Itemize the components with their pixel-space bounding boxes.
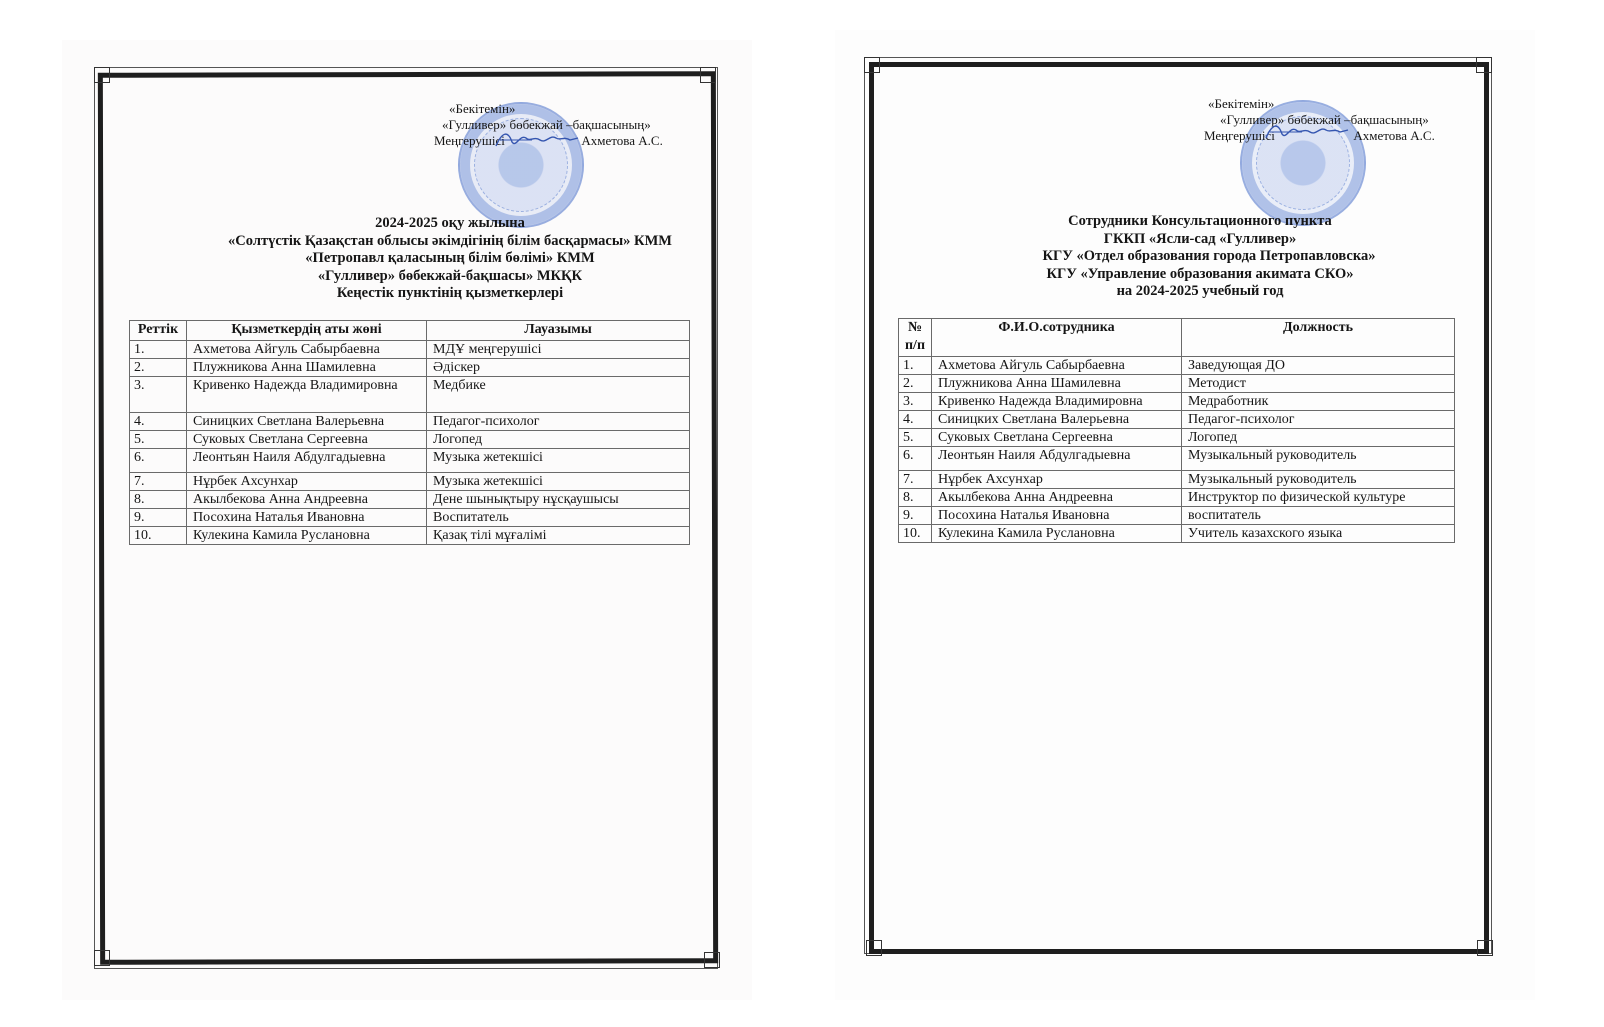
row-number: 6. (130, 449, 187, 473)
employee-position: МДҰ меңгерушісі (427, 341, 690, 359)
approval-line-1: «Бекітемін» (1208, 96, 1439, 112)
staff-table-kazakh: Реттік Қызметкердің аты жөні Лауазымы 1.… (129, 320, 690, 545)
row-number: 7. (899, 471, 932, 489)
employee-position: Медбике (427, 377, 690, 413)
table-row: 2.Плужникова Анна ШамилевнаМетодист (899, 375, 1455, 393)
employee-position: Музыкальный руководитель (1182, 471, 1455, 489)
employee-position: Инструктор по физической культуре (1182, 489, 1455, 507)
approval-line-1: «Бекітемін» (449, 101, 678, 117)
employee-position: Методист (1182, 375, 1455, 393)
frame-corner-ornament (94, 67, 110, 83)
row-number: 10. (899, 525, 932, 543)
employee-position: Педагог-психолог (1182, 411, 1455, 429)
row-number: 9. (899, 507, 932, 525)
table-row: 4.Синицких Светлана ВалерьевнаПедагог-пс… (899, 411, 1455, 429)
table-row: 2.Плужникова Анна ШамилевнаӘдіскер (130, 359, 690, 377)
table-row: 6.Леонтьян Наиля АбдулгадыевнаМузыкальны… (899, 447, 1455, 471)
table-row: 10.Кулекина Камила РуслановнаУчитель каз… (899, 525, 1455, 543)
staff-table-russian: № п/п Ф.И.О.сотрудника Должность 1.Ахмет… (898, 318, 1455, 543)
employee-name: Ахметова Айгуль Сабырбаевна (932, 357, 1182, 375)
table-row: 6.Леонтьян Наиля АбдулгадыевнаМузыка жет… (130, 449, 690, 473)
row-number: 8. (899, 489, 932, 507)
employee-name: Посохина Наталья Ивановна (187, 509, 427, 527)
frame-corner-ornament (866, 940, 882, 956)
approval-signatory: Ахметова А.С. (1353, 128, 1434, 143)
title-line: Сотрудники Консультационного пункта (930, 213, 1470, 231)
column-header: Должность (1182, 319, 1455, 357)
table-row: 4.Синицких Светлана ВалерьевнаПедагог-пс… (130, 413, 690, 431)
employee-name: Кулекина Камила Руслановна (932, 525, 1182, 543)
employee-position: Қазақ тілі мұғалімі (427, 527, 690, 545)
table-row: 1.Ахметова Айгуль СабырбаевнаМДҰ меңгеру… (130, 341, 690, 359)
frame-corner-ornament (704, 952, 720, 968)
table-row: 1.Ахметова Айгуль СабырбаевнаЗаведующая … (899, 357, 1455, 375)
employee-name: Плужникова Анна Шамилевна (932, 375, 1182, 393)
column-header: № п/п (899, 319, 932, 357)
employee-position: Медработник (1182, 393, 1455, 411)
title-line: «Гулливер» бөбекжай-бақшасы» МКҚК (150, 268, 750, 286)
row-number: 1. (130, 341, 187, 359)
employee-name: Посохина Наталья Ивановна (932, 507, 1182, 525)
table-row: 3.Кривенко Надежда ВладимировнаМедработн… (899, 393, 1455, 411)
frame-corner-ornament (700, 67, 716, 83)
employee-name: Акылбекова Анна Андреевна (187, 491, 427, 509)
employee-position: Логопед (1182, 429, 1455, 447)
approval-signatory: Ахметова А.С. (581, 133, 662, 148)
table-row: 3.Кривенко Надежда ВладимировнаМедбике (130, 377, 690, 413)
frame-corner-ornament (94, 950, 110, 966)
employee-position: Заведующая ДО (1182, 357, 1455, 375)
frame-corner-ornament (864, 57, 880, 73)
table-row: 10.Кулекина Камила РуслановнаҚазақ тілі … (130, 527, 690, 545)
employee-name: Нұрбек Ахсунхар (187, 473, 427, 491)
row-number: 2. (130, 359, 187, 377)
column-header: Қызметкердің аты жөні (187, 321, 427, 341)
employee-position: Педагог-психолог (427, 413, 690, 431)
document-title-kazakh: 2024-2025 оқу жылына «Солтүстік Қазақста… (150, 215, 750, 303)
title-line: Кеңестік пунктінің қызметкерлері (150, 285, 750, 303)
employee-name: Нұрбек Ахсунхар (932, 471, 1182, 489)
row-number: 3. (899, 393, 932, 411)
frame-corner-ornament (1477, 940, 1493, 956)
signature-icon (492, 128, 582, 150)
title-line: на 2024-2025 учебный год (930, 283, 1470, 301)
employee-position: Музыкальный руководитель (1182, 447, 1455, 471)
employee-name: Леонтьян Наиля Абдулгадыевна (187, 449, 427, 473)
employee-name: Кривенко Надежда Владимировна (187, 377, 427, 413)
row-number: 1. (899, 357, 932, 375)
table-row: 7.Нұрбек АхсунхарМузыка жетекшісі (130, 473, 690, 491)
title-line: «Солтүстік Қазақстан облысы әкімдігінің … (150, 233, 750, 251)
employee-name: Суковых Светлана Сергеевна (187, 431, 427, 449)
column-header: Лауазымы (427, 321, 690, 341)
row-number: 5. (899, 429, 932, 447)
row-number: 4. (899, 411, 932, 429)
row-number: 2. (899, 375, 932, 393)
row-number: 3. (130, 377, 187, 413)
employee-position: Логопед (427, 431, 690, 449)
column-header: Реттік (130, 321, 187, 341)
frame-corner-ornament (1476, 57, 1492, 73)
row-number: 5. (130, 431, 187, 449)
table-row: 5.Суковых Светлана СергеевнаЛогопед (130, 431, 690, 449)
employee-name: Леонтьян Наиля Абдулгадыевна (932, 447, 1182, 471)
signature-icon (1262, 120, 1352, 142)
row-number: 9. (130, 509, 187, 527)
employee-position: Дене шынықтыру нұсқаушысы (427, 491, 690, 509)
employee-position: Музыка жетекшісі (427, 473, 690, 491)
title-line: «Петропавл қаласының білім бөлімі» КММ (150, 250, 750, 268)
employee-name: Кулекина Камила Руслановна (187, 527, 427, 545)
row-number: 4. (130, 413, 187, 431)
employee-position: Музыка жетекшісі (427, 449, 690, 473)
row-number: 8. (130, 491, 187, 509)
title-line: КГУ «Отдел образования города Петропавло… (930, 248, 1470, 266)
employee-position: Учитель казахского языка (1182, 525, 1455, 543)
employee-name: Плужникова Анна Шамилевна (187, 359, 427, 377)
table-row: 9.Посохина Наталья Ивановнавоспитатель (899, 507, 1455, 525)
employee-name: Ахметова Айгуль Сабырбаевна (187, 341, 427, 359)
title-line: КГУ «Управление образования акимата СКО» (930, 266, 1470, 284)
employee-position: Воспитатель (427, 509, 690, 527)
table-row: 9.Посохина Наталья ИвановнаВоспитатель (130, 509, 690, 527)
employee-name: Синицких Светлана Валерьевна (932, 411, 1182, 429)
table-row: 8.Акылбекова Анна АндреевнаДене шынықтыр… (130, 491, 690, 509)
employee-name: Синицких Светлана Валерьевна (187, 413, 427, 431)
row-number: 10. (130, 527, 187, 545)
title-line: ГККП «Ясли-сад «Гулливер» (930, 231, 1470, 249)
employee-name: Кривенко Надежда Владимировна (932, 393, 1182, 411)
employee-position: воспитатель (1182, 507, 1455, 525)
employee-name: Акылбекова Анна Андреевна (932, 489, 1182, 507)
row-number: 7. (130, 473, 187, 491)
employee-name: Суковых Светлана Сергеевна (932, 429, 1182, 447)
table-row: 5.Суковых Светлана СергеевнаЛогопед (899, 429, 1455, 447)
table-row: 7.Нұрбек АхсунхарМузыкальный руководител… (899, 471, 1455, 489)
table-row: 8.Акылбекова Анна АндреевнаИнструктор по… (899, 489, 1455, 507)
employee-position: Әдіскер (427, 359, 690, 377)
document-title-russian: Сотрудники Консультационного пункта ГККП… (930, 213, 1470, 301)
title-line: 2024-2025 оқу жылына (150, 215, 750, 233)
column-header: Ф.И.О.сотрудника (932, 319, 1182, 357)
row-number: 6. (899, 447, 932, 471)
